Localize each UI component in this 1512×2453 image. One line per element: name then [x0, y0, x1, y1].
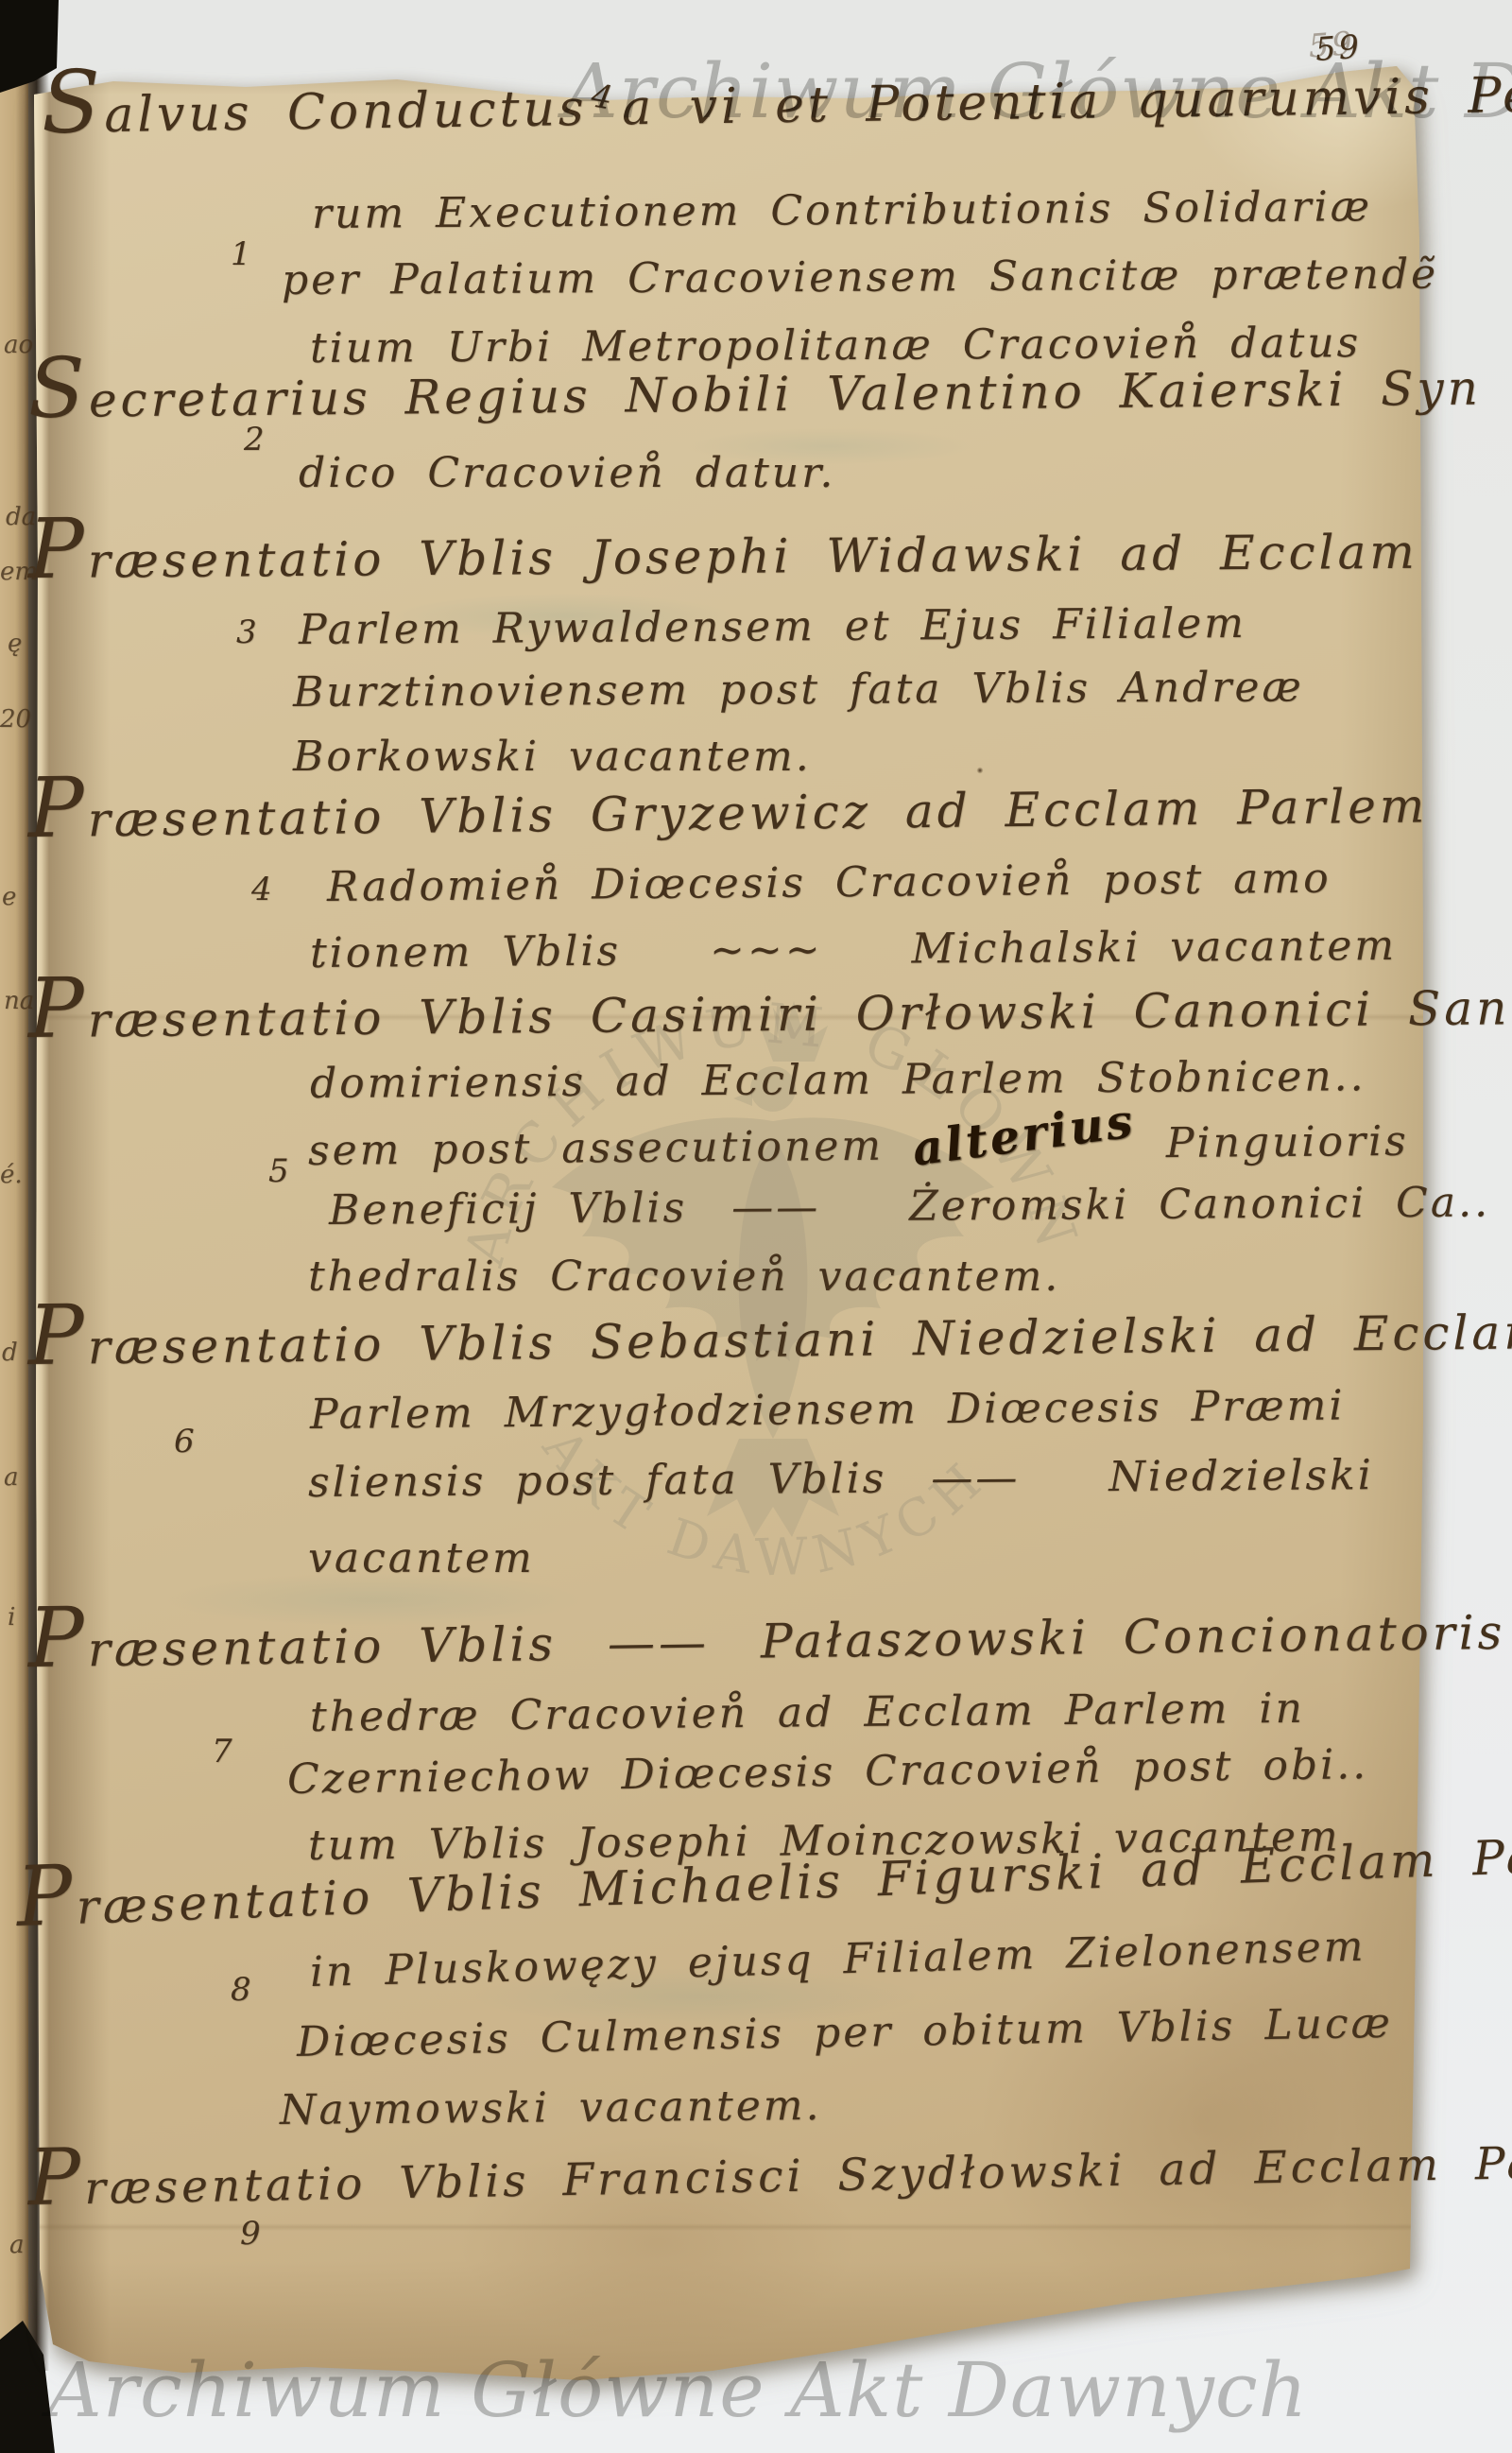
agad-seal-watermark-icon: ARCHIWUM GŁÓWNE · AKT DAWNYCH: [440, 809, 1092, 1594]
watermark-top: Archiwum Główne Akt Dawnych: [563, 47, 1512, 135]
binding-corner-top-left: [0, 0, 59, 95]
manuscript-page: ARCHIWUM GŁÓWNE · AKT DAWNYCH: [34, 49, 1425, 2384]
manuscript-scan: ARCHIWUM GŁÓWNE · AKT DAWNYCH: [0, 0, 1512, 2453]
paper-crease: [34, 2223, 1425, 2231]
watermark-bottom: Archiwum Główne Akt Dawnych: [47, 2346, 1308, 2434]
facing-page-edge: [0, 60, 28, 2348]
paper-crease: [34, 1013, 1425, 1021]
